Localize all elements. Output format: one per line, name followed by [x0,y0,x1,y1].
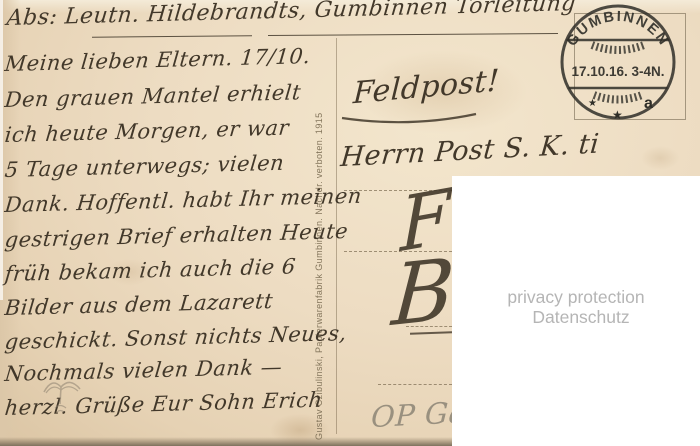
scan-edge-bottom [0,437,452,446]
address-flourish-2: B [389,239,458,345]
privacy-line-en: privacy protection [452,288,700,308]
scan-edge-left [0,0,3,300]
postmark-stamp: GUMBINNEN 17.10.16. 3-4N. ★ a ★ [552,0,687,135]
postmark-index-letter: a [644,95,653,112]
postmark-star-bottom: ★ [612,108,623,122]
privacy-line-de: Datenschutz [462,308,700,328]
postmark-hatch-top [592,45,644,50]
feldpost-underline [340,108,480,128]
postmark-town: GUMBINNEN [564,9,672,50]
address-rule-4 [378,384,452,385]
eagle-emblem-icon [40,374,84,416]
postmark-hatch-bottom [594,95,642,100]
postmark-star-left: ★ [588,98,597,109]
privacy-overlay-text: privacy protection Datenschutz [452,288,700,327]
postmark-date: 17.10.16. 3-4N. [571,64,664,79]
privacy-overlay: privacy protection Datenschutz [452,176,700,446]
postcard-scan: Gustav Czibulinski, Papierwarenfabrik Gu… [0,0,700,446]
svg-text:GUMBINNEN: GUMBINNEN [564,9,672,50]
